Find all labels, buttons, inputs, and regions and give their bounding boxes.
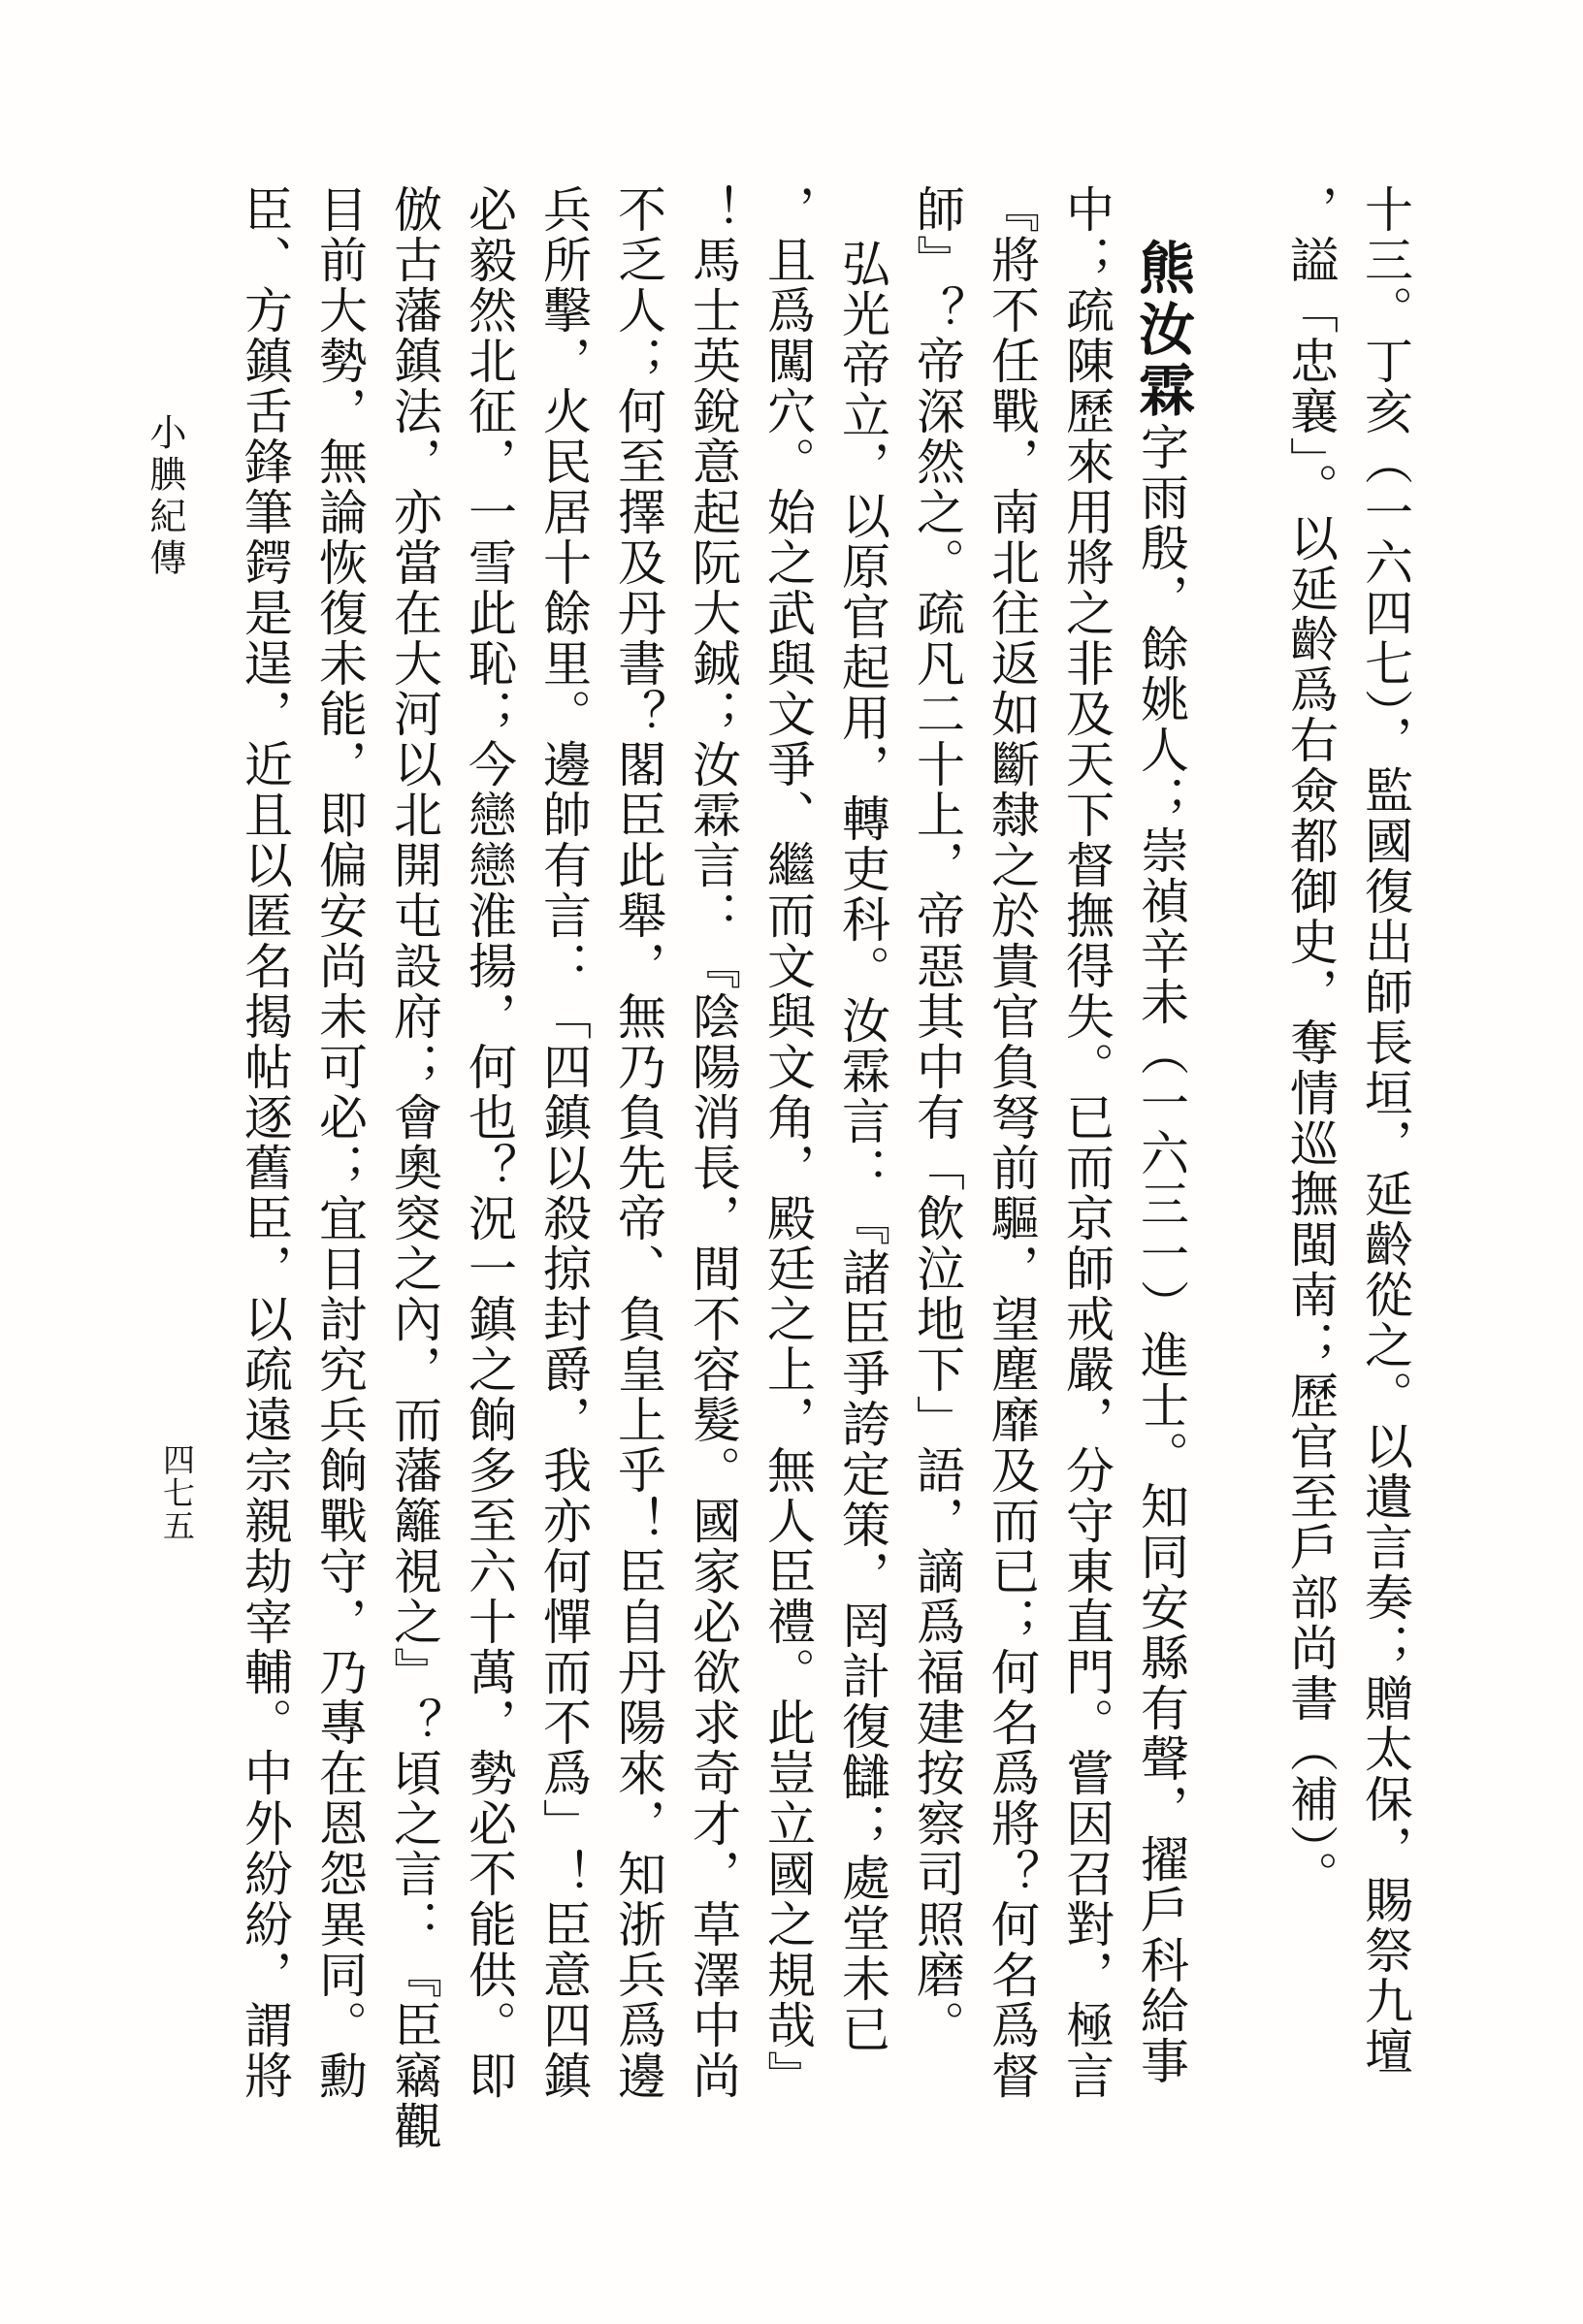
text-column-5: 『將不任戰，南北往返如斷隸之於貴官負弩前驅，望塵靡及而已；何名爲將？何名爲督 — [980, 184, 1044, 2211]
text-column-4: 中；疏陳歷來用將之非及天下督撫得失。已而京師戒嚴，分守東直門。嘗因召對，極言 — [1054, 184, 1118, 2211]
text-column-2: ，謚「忠襄」。以延齡爲右僉都御史，奪情巡撫閩南；歷官至戶部尚書（補）。 — [1278, 184, 1342, 2211]
text-column-1: 十三。丁亥（一六四七），監國復出師長垣，延齡從之。以遺言奏；贈太保，賜祭九壇 — [1353, 184, 1417, 2211]
text-column-14: 目前大勢，無論恢復未能，即偏安尚未可必；宜日討究兵餉戰守，乃專在恩怨異同。勳 — [307, 184, 372, 2211]
scanned-page: 小腆紀傳 四七五 十三。丁亥（一六四七），監國復出師長垣，延齡從之。以遺言奏；贈… — [0, 0, 1583, 2324]
text-column-3-body: 字雨殷，餘姚人；崇禎辛未（一六三一）進士。知同安縣有聲，擢戶科給事 — [1134, 422, 1188, 2086]
biography-entry-name: 熊汝霖 — [1130, 239, 1193, 422]
text-column-3: 熊汝霖字雨殷，餘姚人；崇禎辛未（一六三一）進士。知同安縣有聲，擢戶科給事 — [1129, 184, 1193, 2211]
text-column-7: 弘光帝立，以原官起用，轉吏科。汝霖言：『諸臣爭誇定策，罔計復讎；處堂未已 — [830, 184, 894, 2211]
text-column-15: 臣、方鎮舌鋒筆鍔是逞，近且以匿名揭帖逐舊臣，以疏遠宗親劫宰輔。中外紛紛，謂將 — [233, 184, 297, 2211]
text-column-10: 不乏人；何至擇及丹書？閣臣此舉，無乃負先帝、負皇上乎！臣自丹陽來，知浙兵爲邊 — [606, 184, 670, 2211]
page-number: 四七五 — [153, 1443, 199, 1542]
text-column-6: 師』？帝深然之。疏凡二十上，帝惡其中有「飲泣地下」語，謫爲福建按察司照磨。 — [905, 184, 969, 2211]
text-column-8: ，且爲闖穴。始之武與文爭、繼而文與文角，殿廷之上，無人臣禮。此豈立國之規哉』 — [756, 184, 820, 2211]
text-column-13: 倣古藩鎮法，亦當在大河以北開屯設府；會奧窔之內，而藩籬視之』？頃之言：『臣竊觀 — [382, 184, 446, 2211]
text-column-11: 兵所擊，火民居十餘里。邊帥有言：「四鎮以殺掠封爵，我亦何憚而不爲」！臣意四鎮 — [532, 184, 596, 2211]
text-column-9: ！馬士英銳意起阮大鋮；汝霖言：『陰陽消長，間不容髮。國家必欲求奇才，草澤中尚 — [681, 184, 745, 2211]
running-book-title: 小腆紀傳 — [138, 413, 191, 580]
text-column-12: 必毅然北征，一雪此恥；今戀戀淮揚，何也？況一鎮之餉多至六十萬，勢必不能供。即 — [457, 184, 521, 2211]
